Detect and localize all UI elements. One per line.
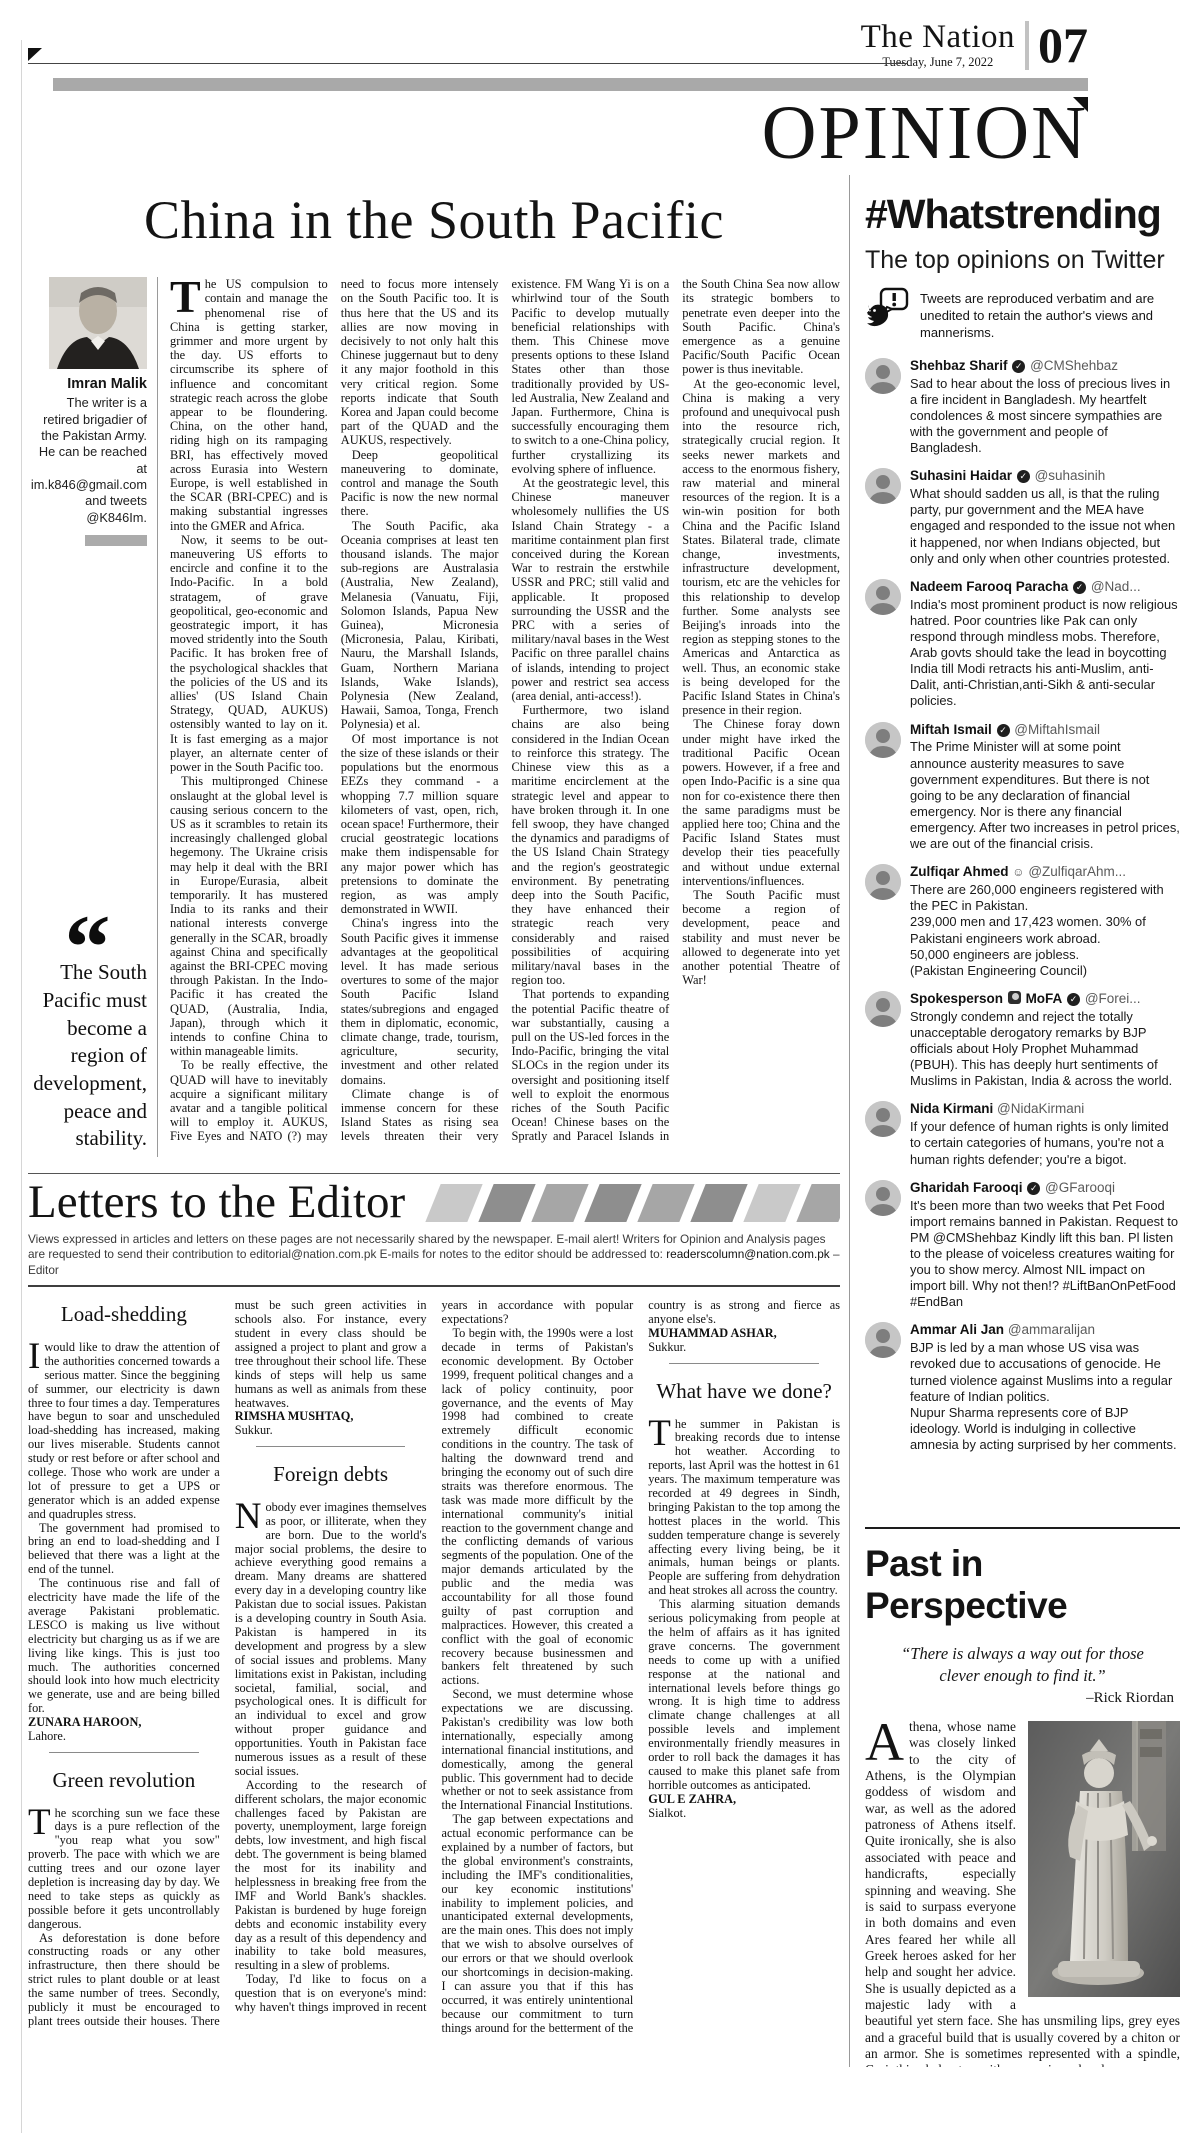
stripe <box>585 1184 642 1222</box>
main-article: China in the South Pacific <box>28 189 840 1157</box>
letters-section: Letters to the Editor Views expressed in… <box>28 1173 840 2041</box>
author-name: Imran Malik <box>28 376 147 392</box>
avatar-silhouette-icon <box>865 1180 901 1216</box>
letters-underline <box>28 1285 840 1287</box>
verified-badge-icon: ✓ <box>1067 993 1080 1006</box>
stripe <box>426 1184 483 1222</box>
stripe <box>479 1184 536 1222</box>
letter: What have we done? The summer in Pakista… <box>648 1363 840 1821</box>
verified-badge-icon: ✓ <box>1017 470 1030 483</box>
avatar <box>865 358 901 394</box>
letter-city: Sukkur. <box>648 1341 840 1355</box>
tweet-text: India's most prominent product is now re… <box>910 597 1180 710</box>
verified-badge-icon: ✓ <box>1073 581 1086 594</box>
tweet: Suhasini Haidar ✓ @suhasinih What should… <box>865 468 1180 567</box>
letters-disclaimer: Views expressed in articles and letters … <box>28 1232 840 1280</box>
tweet-text: If your defence of human rights is only … <box>910 1119 1180 1167</box>
verified-badge-icon: ✓ <box>997 724 1010 737</box>
emoji-icon: ☺ <box>1012 865 1024 879</box>
tweet-author-handle: @MiftahIsmail <box>1014 722 1100 737</box>
letter-city: Lahore. <box>28 1730 220 1744</box>
quote-mark-icon: “ <box>28 896 147 959</box>
letter-signature: ZUNARA HAROON, <box>28 1716 220 1730</box>
avatar-silhouette-icon <box>865 864 901 900</box>
avatar <box>865 864 901 900</box>
tweet: Nadeem Farooq Paracha ✓ @Nad... India's … <box>865 579 1180 710</box>
past-body: Athena, whose name was closely linked to… <box>865 1719 1180 2067</box>
corner-mark-icon <box>28 48 42 61</box>
section-banner: OPINION <box>28 91 1180 171</box>
avatar <box>865 1101 901 1137</box>
letter-heading: What have we done? <box>648 1380 840 1404</box>
tweet-text: Sad to hear about the loss of precious l… <box>910 376 1180 457</box>
tweet-text: It's been more than two weeks that Pet F… <box>910 1198 1180 1311</box>
twitter-bird-icon <box>865 287 911 331</box>
page-number: 07 <box>1038 20 1088 70</box>
mofa-logo-icon <box>1008 991 1021 1004</box>
verified-badge-icon: ✓ <box>1027 1182 1040 1195</box>
avatar <box>865 468 901 504</box>
tweet: Zulfiqar Ahmed ☺ @ZulfiqarAhm... There a… <box>865 864 1180 979</box>
pull-quote-text: The South Pacific must become a region o… <box>28 959 147 1153</box>
letters-columns: Load-shedding I would like to draw the a… <box>28 1299 840 2041</box>
tweet-author-name: Spokesperson <box>910 991 1003 1006</box>
tweet-author-handle: @GFarooqi <box>1045 1180 1115 1195</box>
tweet-text: The Prime Minister will at some point an… <box>910 739 1180 852</box>
tweet: Gharidah Farooqi ✓ @GFarooqi It's been m… <box>865 1180 1180 1311</box>
article-body: The US compulsion to contain and manage … <box>170 277 840 1157</box>
paper-name: The Nation <box>861 21 1015 54</box>
avatar-silhouette-icon <box>865 579 901 615</box>
tweet-author-name: Zulfiqar Ahmed <box>910 864 1009 879</box>
tweet-author-handle: @ZulfiqarAhm... <box>1028 864 1126 879</box>
author-photo <box>49 277 147 369</box>
tweet: Spokesperson MoFA ✓ @Forei... Strongly c… <box>865 991 1180 1090</box>
stripe <box>744 1184 801 1222</box>
tweet-text: BJP is led by a man whose US visa was re… <box>910 1340 1180 1453</box>
whatstrending-section: #Whatstrending The top opinions on Twitt… <box>865 175 1180 1527</box>
pull-quote: “ The South Pacific must become a region… <box>28 896 147 1157</box>
letter: Load-shedding I would like to draw the a… <box>28 1303 220 1744</box>
tweet: Miftah Ismail ✓ @MiftahIsmail The Prime … <box>865 722 1180 853</box>
whatstrending-notice: Tweets are reproduced verbatim and are u… <box>920 287 1180 342</box>
tweet-text: Strongly condemn and reject the totally … <box>910 1009 1180 1090</box>
avatar <box>865 1180 901 1216</box>
past-quote: “There is always a way out for those cle… <box>865 1643 1180 1686</box>
verified-badge-icon: ✓ <box>1012 360 1025 373</box>
stripe <box>797 1184 840 1222</box>
past-title: Past in Perspective <box>865 1543 1180 1627</box>
tweet-author-handle: @Nad... <box>1091 579 1141 594</box>
avatar-silhouette-icon <box>865 358 901 394</box>
author-bio: The writer is a retired brigadier of the… <box>28 395 147 526</box>
tweet-author-name: Gharidah Farooqi <box>910 1180 1023 1195</box>
tweet-author-handle: @NidaKirmani <box>997 1101 1084 1116</box>
avatar-silhouette-icon <box>865 722 901 758</box>
letter-city: Sialkot. <box>648 1807 840 1821</box>
letter-body: I would like to draw the attention of th… <box>28 1341 220 1716</box>
tweet-author-handle: @Forei... <box>1085 991 1141 1006</box>
masthead-rule <box>28 63 908 64</box>
whatstrending-subtitle: The top opinions on Twitter <box>865 246 1180 275</box>
whatstrending-title: #Whatstrending <box>865 191 1180 238</box>
newspaper-page: The Nation Tuesday, June 7, 2022 07 OPIN… <box>0 0 1200 2133</box>
author-portrait-graphic <box>49 277 147 369</box>
tweet-author-name: Miftah Ismail <box>910 722 992 737</box>
avatar <box>865 991 901 1027</box>
author-rail: Imran Malik The writer is a retired brig… <box>28 277 158 1157</box>
tweet: Ammar Ali Jan @ammaralijan BJP is led by… <box>865 1322 1180 1453</box>
tweet-author-name: Nida Kirmani <box>910 1101 993 1116</box>
tweet-author-name: Suhasini Haidar <box>910 468 1012 483</box>
avatar <box>865 722 901 758</box>
tweet-author-handle: @CMShehbaz <box>1030 358 1118 373</box>
tweet-text: What should sadden us all, is that the r… <box>910 486 1180 567</box>
avatar <box>865 579 901 615</box>
letter-signature: RIMSHA MUSHTAQ, <box>235 1410 427 1424</box>
letter-body: The summer in Pakistan is breaking recor… <box>648 1418 840 1793</box>
past-in-perspective-section: Past in Perspective “There is always a w… <box>865 1527 1180 2067</box>
bio-end-box <box>85 535 147 546</box>
tweet-author-name: Ammar Ali Jan <box>910 1322 1004 1337</box>
letter-heading: Load-shedding <box>28 1303 220 1327</box>
tweet: Shehbaz Sharif ✓ @CMShehbaz Sad to hear … <box>865 358 1180 457</box>
letter-signature: GUL E ZAHRA, <box>648 1793 840 1807</box>
stripe <box>532 1184 589 1222</box>
paper-date: Tuesday, June 7, 2022 <box>861 55 1015 70</box>
editor-email: readerscolumn@nation.com.pk <box>666 1247 829 1261</box>
avatar <box>865 1322 901 1358</box>
letters-stripes-graphic <box>421 1184 840 1222</box>
athena-statue-photo <box>1028 1721 1180 1997</box>
letter-heading: Green revolution <box>28 1769 220 1793</box>
page-edge-line <box>21 40 22 2133</box>
tweet-author-name: Shehbaz Sharif <box>910 358 1008 373</box>
tweet-author-handle: @ammaralijan <box>1008 1322 1095 1337</box>
tweets-list: Shehbaz Sharif ✓ @CMShehbaz Sad to hear … <box>865 358 1180 1453</box>
past-quote-attribution: –Rick Riordan <box>865 1690 1174 1707</box>
tweet-text: There are 260,000 engineers registered w… <box>910 882 1180 979</box>
avatar-silhouette-icon <box>865 1322 901 1358</box>
tweet: Nida Kirmani @NidaKirmani If your defenc… <box>865 1101 1180 1167</box>
letters-top-rule <box>28 1173 840 1174</box>
right-rail: #Whatstrending The top opinions on Twitt… <box>849 175 1180 2067</box>
letter-heading: Foreign debts <box>235 1463 427 1487</box>
stripe <box>691 1184 748 1222</box>
tweet-author-org: MoFA <box>1026 991 1063 1006</box>
letter-city: Sukkur. <box>235 1424 427 1438</box>
letter-signature: MUHAMMAD ASHAR, <box>648 1327 840 1341</box>
avatar-silhouette-icon <box>865 1101 901 1137</box>
avatar-silhouette-icon <box>865 991 901 1027</box>
section-title: OPINION <box>762 91 1088 175</box>
article-title: China in the South Pacific <box>28 189 840 251</box>
letters-title: Letters to the Editor <box>28 1178 405 1227</box>
tweet-author-handle: @suhasinih <box>1035 468 1106 483</box>
stripe <box>638 1184 695 1222</box>
section-triangle-icon <box>1073 97 1088 112</box>
avatar-silhouette-icon <box>865 468 901 504</box>
masthead-gray-bar <box>53 78 1088 91</box>
tweet-author-name: Nadeem Farooq Paracha <box>910 579 1068 594</box>
